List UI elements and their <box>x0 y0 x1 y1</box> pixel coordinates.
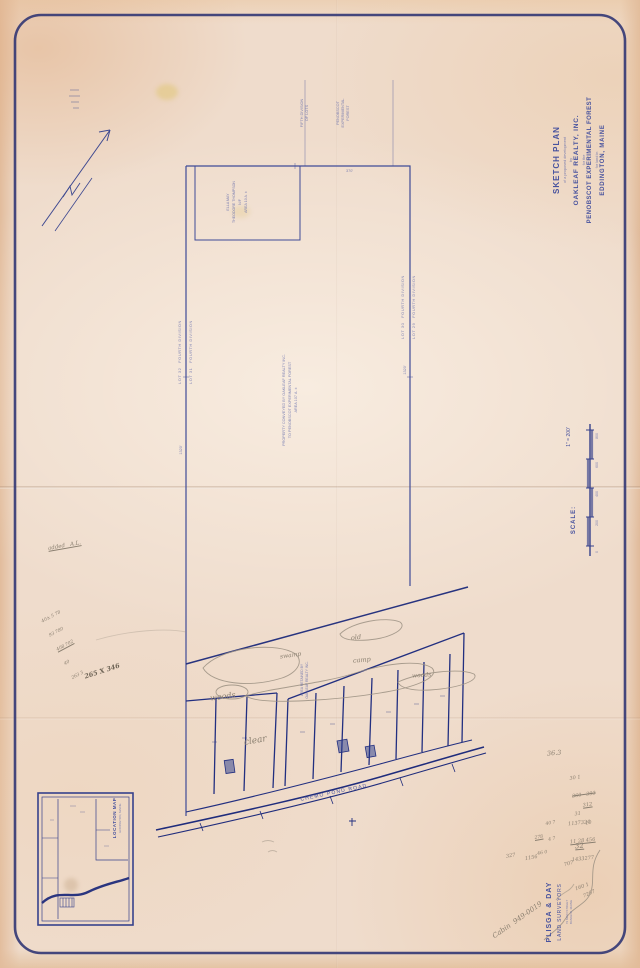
north-arrow <box>42 90 110 231</box>
calc-line: 408 702 <box>56 639 77 654</box>
calc-line: 1137324 <box>568 819 594 828</box>
calc-line: 40 7 <box>545 820 556 827</box>
deed-block-line-2: THEODORE THOMPSON <box>232 181 236 223</box>
dim-top: 370' <box>346 169 353 173</box>
pencil-sketch-lines <box>96 620 600 940</box>
center-label-line-1: PROPERTY CONVEYED BY OAKLEAF REALTY INC. <box>282 354 287 446</box>
surveyor-address-2: BANGOR, MAINE <box>570 900 574 924</box>
title-sketch-plan: SKETCH PLAN <box>552 126 562 194</box>
pencil-num-g: 32 <box>575 842 585 851</box>
scanned-survey-plan: SKETCH PLAN of a proposed development by… <box>0 0 640 968</box>
scale-tick-0: 0 <box>595 551 599 553</box>
calc-line: 93 780 <box>48 624 69 639</box>
calc-line: 46 0 <box>537 850 548 857</box>
scale-bar <box>586 424 594 556</box>
retained-label-line-1: AREA RETAINED BY <box>300 664 304 696</box>
parcel-outline <box>183 80 413 816</box>
deed-block-line-3: N/F <box>238 199 242 205</box>
calc-line: 30 1 <box>569 773 593 782</box>
terrain-woods-right: woods <box>412 671 432 680</box>
lot-label-right-upper: LOT 30 FOURTH DIVISION <box>400 275 405 339</box>
lot-label-left-lower: LOT 31 FOURTH DIVISION <box>188 320 193 384</box>
surveyor-name: PLISGA & DAY <box>546 882 555 943</box>
scale-tick-400: 400 <box>595 491 599 497</box>
deed-block-line-1: ELLA MAY <box>226 193 230 210</box>
scale-tick-800: 800 <box>595 433 599 439</box>
calc-line: 40± 5 78 <box>41 610 62 625</box>
lot-label-left-upper: LOT 32 FOURTH DIVISION <box>177 320 182 384</box>
deed-block-line-4: AREA 10 A. ± <box>244 191 248 213</box>
scale-tick-600: 600 <box>595 462 599 468</box>
border-frame <box>15 15 625 953</box>
forest-label-line-3: FOREST <box>346 105 351 120</box>
plan-linework <box>0 0 640 968</box>
location-map-hatch-block <box>60 898 74 907</box>
lot-label-right-lower: LOT 29 FOURTH DIVISION <box>411 275 416 339</box>
terrain-camp-line-1: old <box>351 633 369 642</box>
retained-label-line-2: OAKLEAF REALTY INC. <box>305 661 309 698</box>
scale-tick-200: 200 <box>595 520 599 526</box>
dim-left: 1320' <box>179 445 184 454</box>
title-oakleaf-realty: OAKLEAF REALTY, INC. <box>573 115 581 206</box>
fifth-division-line-2: OF LOTS <box>305 105 310 121</box>
surveyor-role: LAND SURVEYORS <box>557 883 563 940</box>
scale-ratio: 1" = 200' <box>566 427 572 447</box>
terrain-camp-line-2: camp <box>353 656 371 665</box>
center-label-line-2: TO PENOBSCOT EXPERIMENTAL FOREST <box>288 362 293 438</box>
calc-line: 1433277 <box>572 855 598 864</box>
location-map-subtitle: EDDINGTON, MAINE <box>119 803 123 832</box>
calc-line: 4 7 <box>548 836 559 843</box>
calc-line: 40 <box>64 653 85 668</box>
pencil-num-a: 36.3 <box>547 749 562 758</box>
title-penobscot-forest: PENOBSCOT EXPERIMENTAL FOREST <box>587 97 595 224</box>
center-label-line-3: AREA 107 A. ± <box>294 387 299 412</box>
calc-line: 278 <box>534 834 545 841</box>
location-map-title: LOCATION MAP <box>112 798 118 838</box>
title-eddington-maine: EDDINGTON, MAINE <box>600 124 608 195</box>
scale-label: SCALE: <box>571 506 579 534</box>
dim-right: 1320' <box>403 365 408 374</box>
